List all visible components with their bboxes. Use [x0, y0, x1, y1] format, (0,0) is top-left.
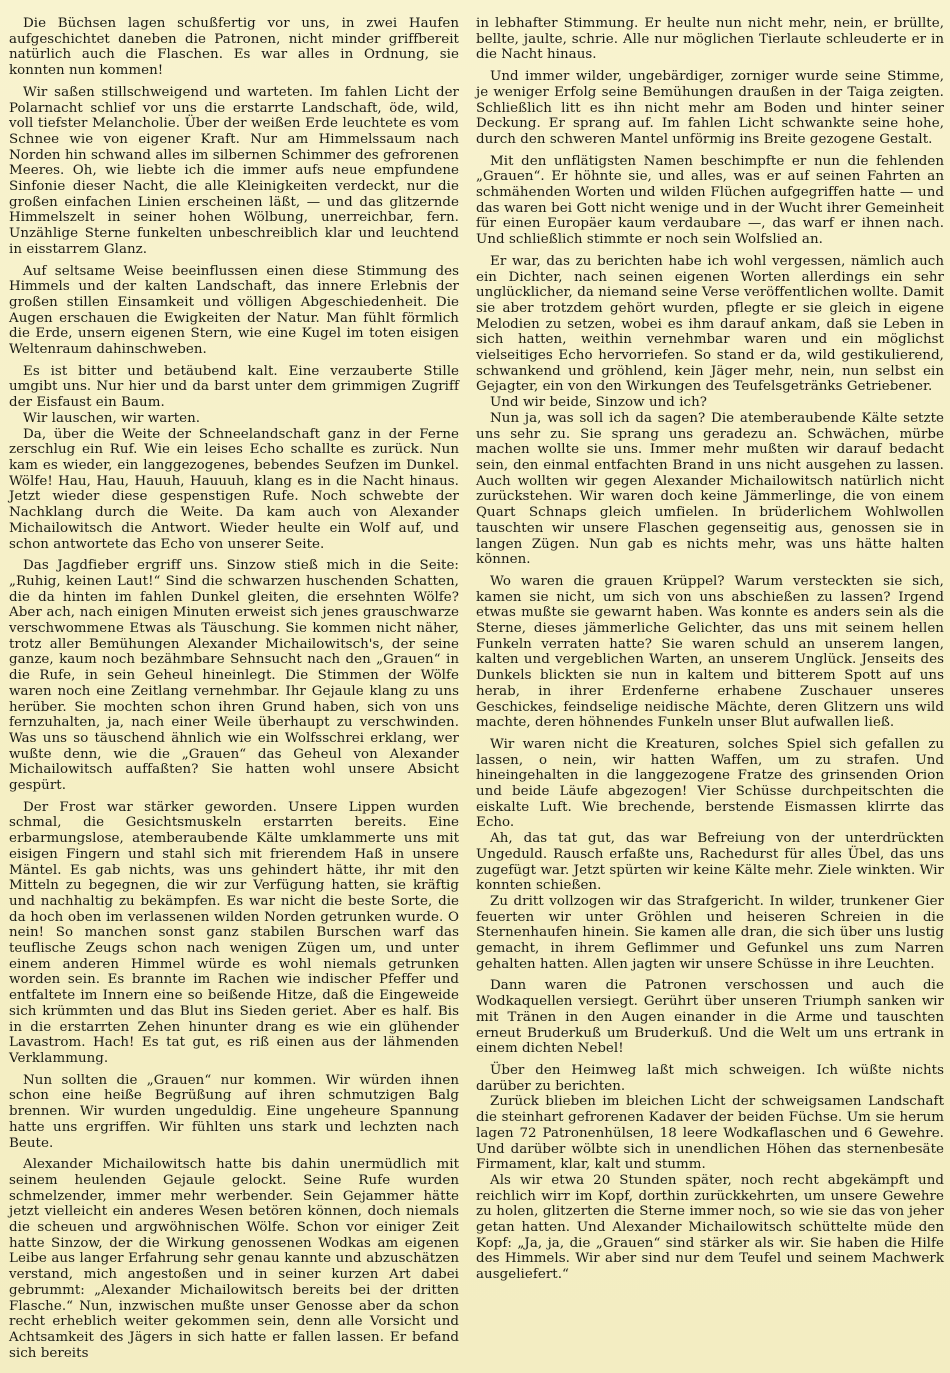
paragraph: Dann waren die Patronen verschossen und …: [476, 978, 944, 1057]
paragraph: Ah, das tat gut, das war Befreiung von d…: [476, 831, 944, 894]
paragraph: Über den Heimweg laßt mich schweigen. Ic…: [476, 1063, 944, 1094]
paragraph: Auf seltsame Weise beeinflussen einen di…: [9, 264, 459, 358]
paragraph: Zu dritt vollzogen wir das Strafgericht.…: [476, 894, 944, 973]
paragraph: Wir waren nicht die Kreaturen, solches S…: [476, 737, 944, 831]
paragraph: Und immer wilder, ungebärdiger, zorniger…: [476, 69, 944, 148]
paragraph: Es ist bitter und betäubend kalt. Eine v…: [9, 364, 459, 411]
paragraph: Wo waren die grauen Krüppel? Warum verst…: [476, 574, 944, 731]
paragraph: Wir lauschen, wir warten.: [9, 411, 459, 427]
text-column-left: Die Büchsen lagen schußfertig vor uns, i…: [9, 16, 459, 1361]
paragraph: Als wir etwa 20 Stunden später, noch rec…: [476, 1173, 944, 1283]
paragraph: Da, über die Weite der Schneelandschaft …: [9, 427, 459, 553]
text-column-right: in lebhafter Stimmung. Er heulte nun nic…: [476, 16, 944, 1283]
paragraph: Wir saßen stillschweigend und warteten. …: [9, 85, 459, 258]
paragraph: Mit den unflätigsten Namen beschimpfte e…: [476, 154, 944, 248]
paragraph: Er war, das zu berichten habe ich wohl v…: [476, 254, 944, 395]
paragraph: Nun ja, was soll ich da sagen? Die atemb…: [476, 411, 944, 568]
paragraph: Das Jagdfieber ergriff uns. Sinzow stieß…: [9, 558, 459, 794]
paragraph: Nun sollten die „Grauen“ nur kommen. Wir…: [9, 1073, 459, 1152]
paragraph: Und wir beide, Sinzow und ich?: [476, 395, 944, 411]
paragraph: Die Büchsen lagen schußfertig vor uns, i…: [9, 16, 459, 79]
paragraph: Alexander Michailowitsch hatte bis dahin…: [9, 1157, 459, 1361]
paragraph-continuation: in lebhafter Stimmung. Er heulte nun nic…: [476, 16, 944, 63]
paragraph: Zurück blieben im bleichen Licht der sch…: [476, 1094, 944, 1173]
paragraph: Der Frost war stärker geworden. Unsere L…: [9, 800, 459, 1067]
document-page: Die Büchsen lagen schußfertig vor uns, i…: [0, 0, 950, 1373]
